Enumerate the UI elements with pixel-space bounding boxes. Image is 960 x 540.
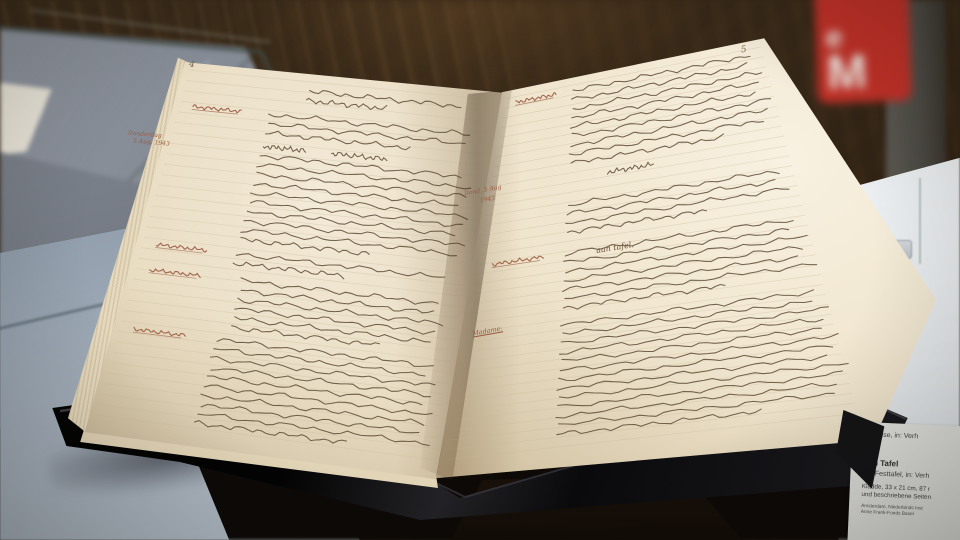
left-page-number: 4 [189, 60, 196, 70]
margin-note-squiggle [193, 105, 241, 113]
ruled-line [473, 255, 815, 304]
ruled-line [465, 304, 828, 352]
handwriting-line [310, 91, 461, 108]
ruled-line [463, 314, 830, 362]
handwriting-line [566, 188, 789, 223]
ruled-line [498, 96, 774, 147]
handwriting-line [565, 264, 817, 299]
ruled-line [474, 245, 812, 294]
ruled-line [111, 363, 442, 405]
handwriting-line [559, 393, 835, 424]
ruled-line [500, 87, 772, 138]
handwriting-line [254, 184, 458, 206]
handwriting-line [571, 92, 756, 128]
ruled-line [102, 394, 436, 438]
ruled-line [153, 206, 471, 242]
ruled-line [484, 186, 797, 236]
ruled-line [487, 166, 792, 216]
ruled-line [479, 215, 805, 264]
ruled-line [125, 311, 452, 351]
ruled-line [449, 403, 854, 449]
handwriting-line [332, 152, 387, 160]
handwriting-line [558, 371, 843, 406]
ruled-line [173, 133, 485, 166]
ruled-line [133, 279, 457, 318]
ruled-line [454, 374, 846, 421]
handwriting-line [571, 109, 767, 147]
ruled-line [489, 156, 790, 206]
handwriting-line [257, 164, 471, 189]
ruled-line [481, 205, 803, 254]
ruled-line [485, 176, 794, 226]
ruled-line [170, 143, 483, 176]
ruled-line [455, 364, 843, 411]
ruled-line [159, 185, 475, 220]
museum-photo: e M 4 5 Donderdag5 Aug. 1943Dond. 5 Aug1… [0, 0, 960, 540]
handwriting-line [559, 346, 833, 380]
handwriting-line [563, 256, 798, 292]
ruled-line [501, 77, 768, 128]
ruled-line [493, 126, 781, 177]
margin-note-squiggle [134, 327, 185, 336]
handwriting-line [251, 201, 463, 227]
ruled-line [490, 146, 787, 196]
red-sign: e M [814, 0, 912, 104]
handwriting-line [307, 98, 387, 109]
sign-letter: M [826, 50, 868, 97]
ruled-line [470, 275, 821, 323]
handwriting-line [569, 172, 780, 206]
ruled-line [451, 393, 852, 440]
ruled-line [142, 248, 464, 285]
ruled-line [471, 265, 818, 314]
right-page-number: 5 [740, 45, 747, 56]
handwriting-line [198, 414, 429, 445]
ruled-line [122, 321, 450, 361]
handwriting-line [269, 123, 465, 143]
handwriting-line [572, 82, 759, 118]
ruled-line [478, 225, 808, 274]
glass-pane-edge [919, 178, 921, 264]
ruled-line [145, 237, 466, 274]
handwriting-line [263, 146, 305, 153]
ruled-line [457, 354, 841, 401]
handwriting-line [195, 421, 347, 444]
